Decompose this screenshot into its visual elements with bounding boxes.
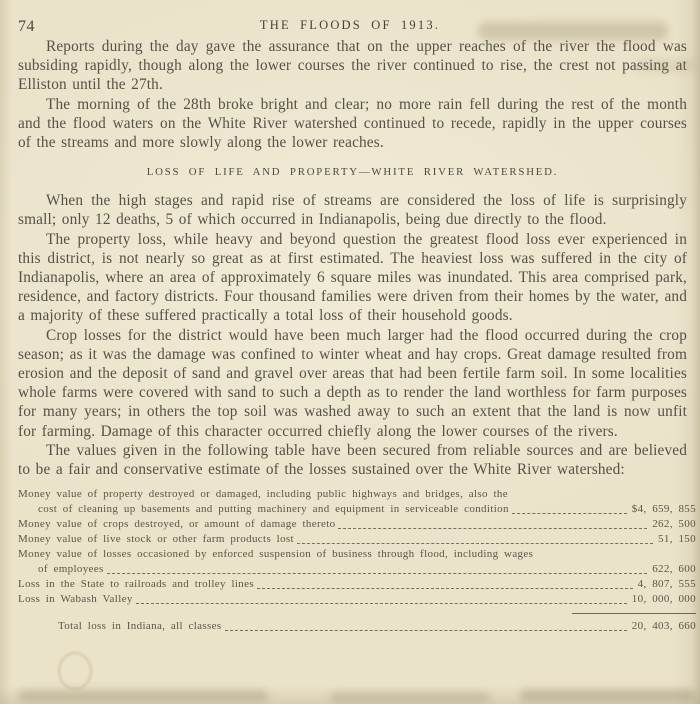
row-label: Loss in Wabash Valley [18,592,133,607]
page-number: 74 [18,18,35,36]
paragraph: The property loss, while heavy and beyon… [18,230,687,326]
table-row: Money value of live stock or other farm … [18,532,696,547]
table-row: Money value of property destroyed or dam… [18,487,696,517]
loss-table: Money value of property destroyed or dam… [18,487,696,634]
row-label: Money value of live stock or other farm … [18,532,294,547]
row-amount: 262, 500 [652,517,696,532]
row-amount: 4, 807, 555 [638,577,696,592]
row-label-continuation: of employees [18,562,104,577]
table-row: Money value of crops destroyed, or amoun… [18,517,696,532]
paragraph: The values given in the following table … [18,441,687,479]
dot-leader [225,630,627,631]
paragraph: Crop losses for the district would have … [18,326,687,441]
total-label: Total loss in Indiana, all classes [18,619,222,634]
row-label: Loss in the State to railroads and troll… [18,577,254,592]
row-amount: 51, 150 [658,532,696,547]
dot-leader [257,588,633,589]
running-title: THE FLOODS OF 1913. [0,18,700,33]
paragraph: When the high stages and rapid rise of s… [18,191,687,229]
section-heading: LOSS OF LIFE AND PROPERTY—WHITE RIVER WA… [18,166,687,178]
page-content: Reports during the day gave the assuranc… [18,37,687,634]
row-label: Money value of losses occasioned by enfo… [18,547,696,562]
dot-leader [136,603,627,604]
total-rule [572,613,696,614]
paper-stain-ring [58,652,92,690]
table-row: Loss in the State to railroads and troll… [18,577,696,592]
row-label-continuation: cost of cleaning up basements and puttin… [18,502,509,517]
row-label: Money value of property destroyed or dam… [18,487,696,502]
row-amount: 10, 000, 000 [632,592,696,607]
table-row: Money value of losses occasioned by enfo… [18,547,696,577]
running-head: 74 THE FLOODS OF 1913. [0,18,700,38]
table-row: Loss in Wabash Valley 10, 000, 000 [18,592,696,607]
row-amount: 622, 600 [652,562,696,577]
paragraph: The morning of the 28th broke bright and… [18,95,687,153]
ink-bleedthrough-stain [330,692,490,703]
dot-leader [338,528,647,529]
row-label: Money value of crops destroyed, or amoun… [18,517,335,532]
ink-bleedthrough-stain [520,689,695,702]
paragraph: Reports during the day gave the assuranc… [18,37,687,95]
ink-bleedthrough-stain [18,690,268,702]
table-total-row: Total loss in Indiana, all classes 20, 4… [18,613,696,634]
row-amount: $4, 659, 855 [632,502,696,517]
dot-leader [297,543,653,544]
dot-leader [107,573,648,574]
scanned-book-page: 74 THE FLOODS OF 1913. Reports during th… [0,0,700,704]
total-amount: 20, 403, 660 [632,619,696,634]
dot-leader [512,513,627,514]
